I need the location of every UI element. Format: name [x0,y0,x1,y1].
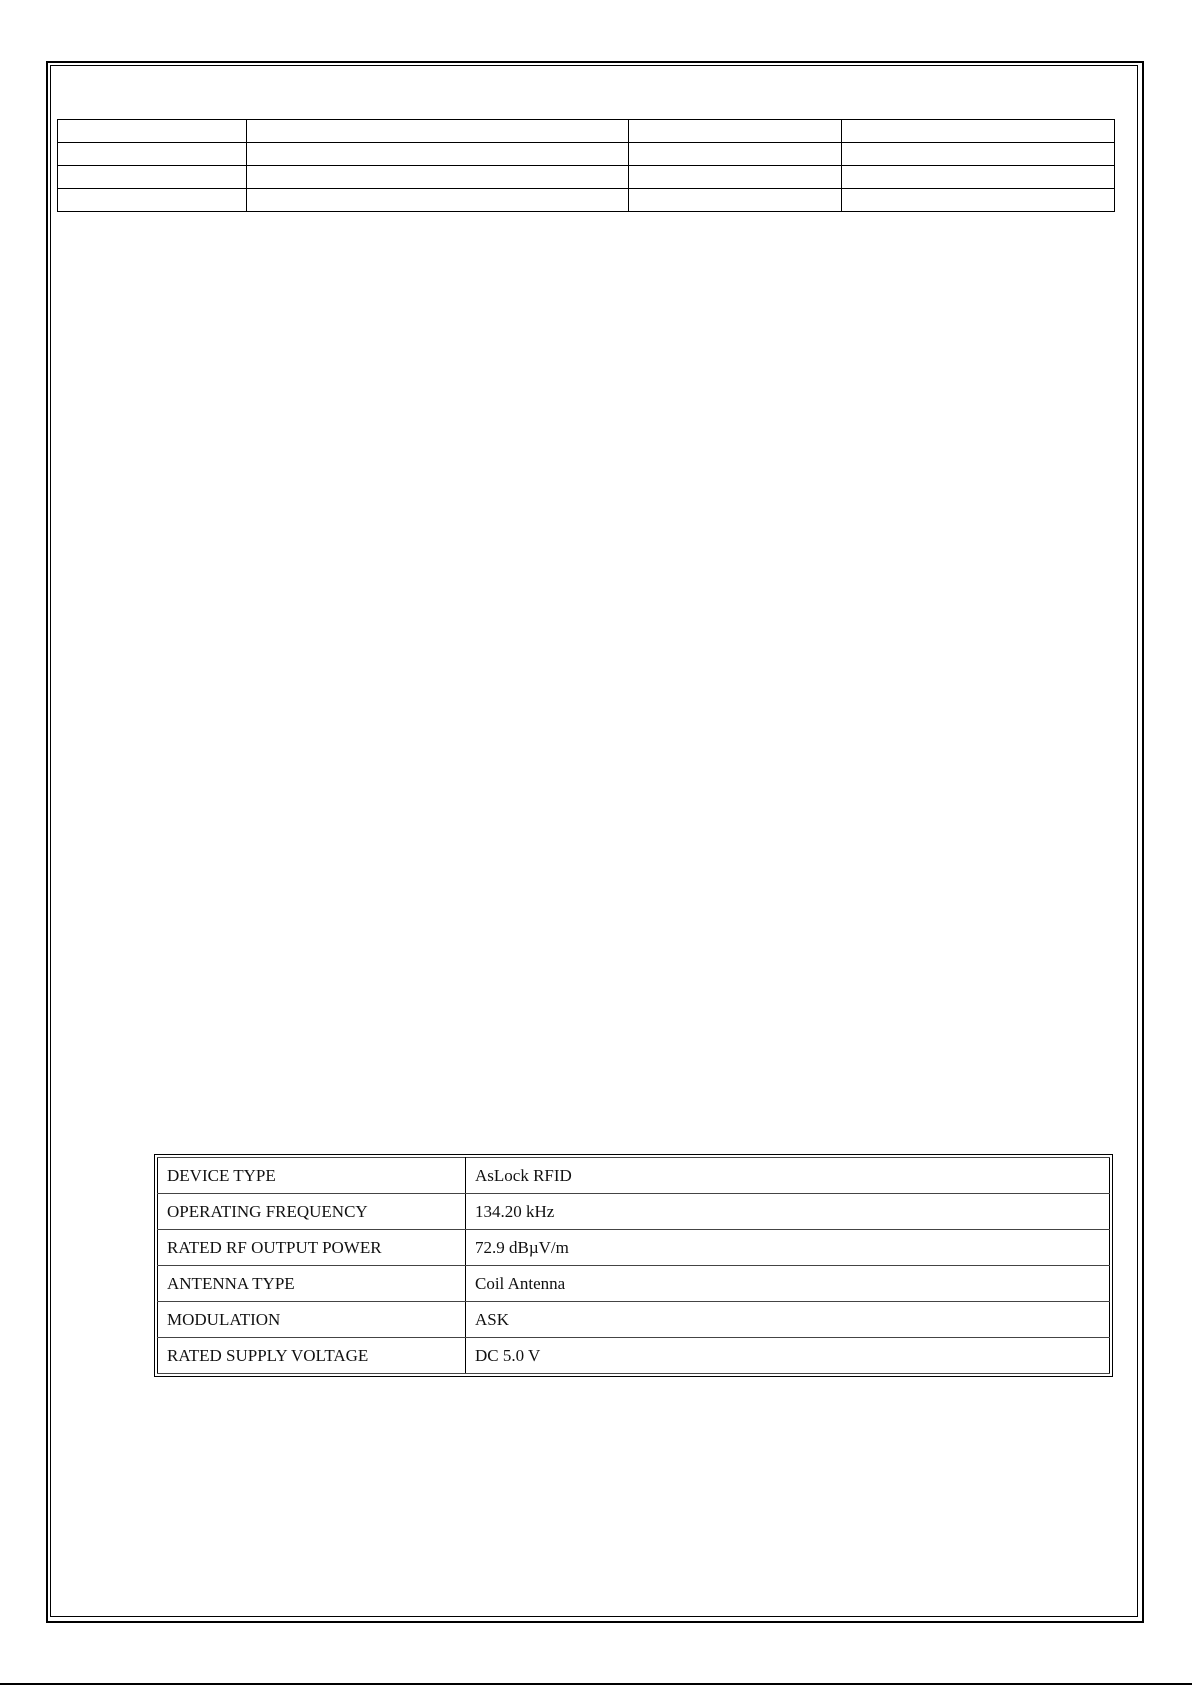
device-spec-table-frame: DEVICE TYPE AsLock RFID OPERATING FREQUE… [154,1154,1113,1377]
table-row [58,189,1115,212]
spec-row-modulation: MODULATION ASK [158,1302,1110,1338]
table-row [58,143,1115,166]
spec-label: MODULATION [158,1302,466,1338]
table-cell [247,143,629,166]
device-spec-table: DEVICE TYPE AsLock RFID OPERATING FREQUE… [157,1157,1110,1374]
spec-value: ASK [466,1302,1110,1338]
table-row [58,120,1115,143]
table-cell [58,166,247,189]
table-cell [247,189,629,212]
spec-label: RATED SUPPLY VOLTAGE [158,1338,466,1374]
spec-row-device-type: DEVICE TYPE AsLock RFID [158,1158,1110,1194]
spec-row-operating-frequency: OPERATING FREQUENCY 134.20 kHz [158,1194,1110,1230]
table-cell [842,143,1115,166]
spec-row-antenna-type: ANTENNA TYPE Coil Antenna [158,1266,1110,1302]
spec-label: RATED RF OUTPUT POWER [158,1230,466,1266]
table-cell [842,189,1115,212]
table-cell [629,120,842,143]
spec-row-rated-supply-voltage: RATED SUPPLY VOLTAGE DC 5.0 V [158,1338,1110,1374]
table-cell [247,120,629,143]
table-cell [58,120,247,143]
spec-value: DC 5.0 V [466,1338,1110,1374]
spec-value: Coil Antenna [466,1266,1110,1302]
spec-label: OPERATING FREQUENCY [158,1194,466,1230]
spec-label: DEVICE TYPE [158,1158,466,1194]
header-table [57,119,1115,212]
spec-label: ANTENNA TYPE [158,1266,466,1302]
table-row [58,166,1115,189]
table-cell [629,166,842,189]
table-cell [842,166,1115,189]
spec-value: AsLock RFID [466,1158,1110,1194]
spec-row-rated-rf-output-power: RATED RF OUTPUT POWER 72.9 dBµV/m [158,1230,1110,1266]
table-cell [58,189,247,212]
table-cell [629,189,842,212]
spec-value: 72.9 dBµV/m [466,1230,1110,1266]
table-cell [629,143,842,166]
table-cell [842,120,1115,143]
page-border-inner [50,65,1138,1617]
table-cell [247,166,629,189]
spec-value: 134.20 kHz [466,1194,1110,1230]
table-cell [58,143,247,166]
